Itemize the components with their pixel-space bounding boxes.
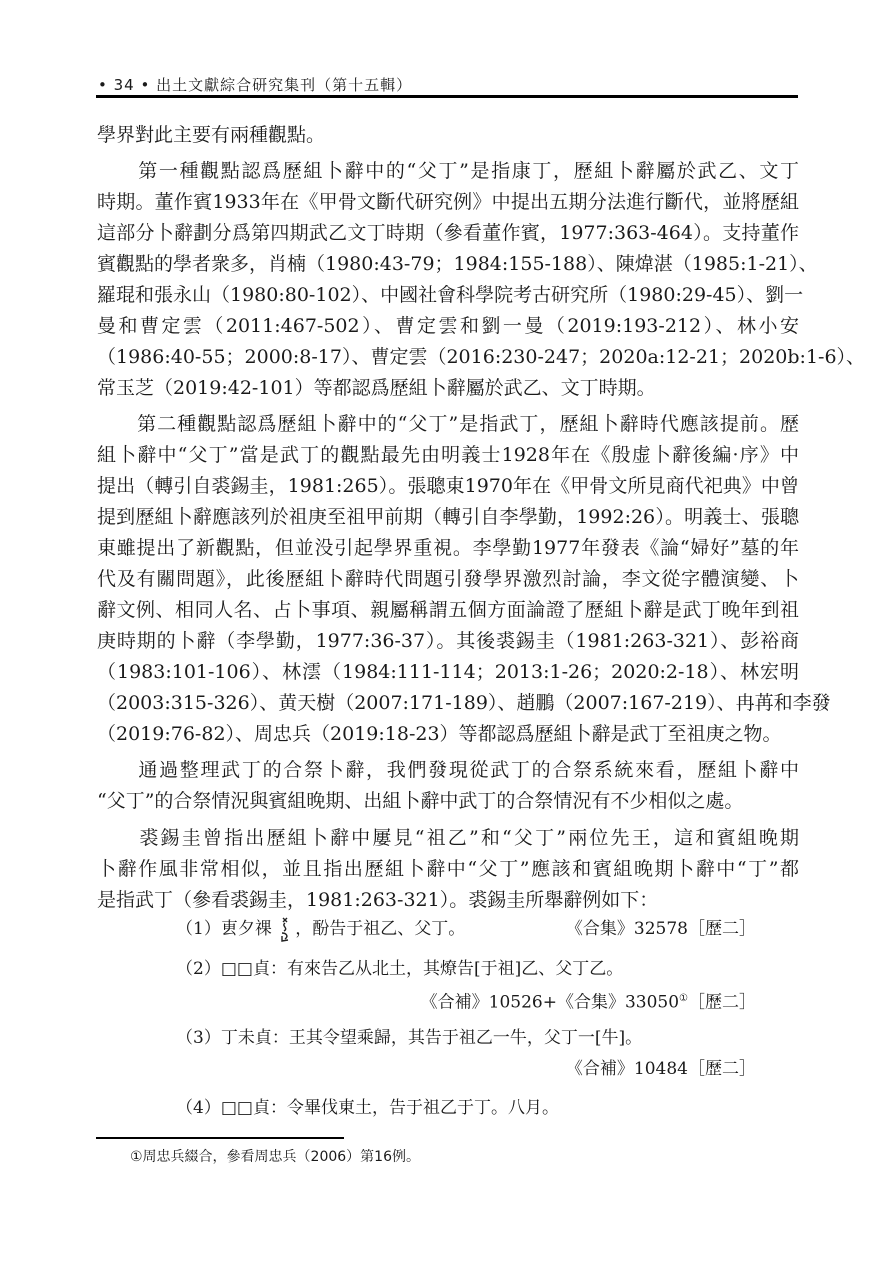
text-line: 學界對此主要有兩種觀點。 [97, 121, 799, 149]
text-line: （1983:101-106）、林澐（1984:111-114；2013:1-26… [97, 658, 799, 686]
text-line: 第一種觀點認爲歷組卜辭中的“父丁”是指康丁，歷組卜辭屬於武乙、文丁 [97, 157, 799, 185]
text-line: 這部分卜辭劃分爲第四期武乙文丁時期（參看董作賓，1977:363-464）。支持… [97, 219, 799, 247]
text-line: 曼和曹定雲（2011:467-502）、曹定雲和劉一曼（2019:193-212… [97, 312, 799, 340]
text-line: 常玉芝（2019:42-101）等都認爲歷組卜辭屬於武乙、文丁時期。 [97, 374, 799, 402]
text-line: 羅琨和張永山（1980:80-102）、中國社會科學院考古研究所（1980:29… [97, 281, 799, 309]
example-3: （3）丁未貞：王其令望乘歸，其告于祖乙一牛，父丁一[牛]。 [176, 1025, 642, 1051]
text-line: 第二種觀點認爲歷組卜辭中的“父丁”是指武丁，歷組卜辭時代應該提前。歷 [97, 410, 799, 438]
example-1-source: 《合集》32578［歷二］ [566, 916, 756, 942]
text-line: （1986:40-55；2000:8-17）、曹定雲（2016:230-247；… [97, 343, 799, 371]
text-line: 辭文例、相同人名、占卜事項、親屬稱謂五個方面論證了歷組卜辭是武丁晚年到祖 [97, 596, 799, 624]
oracle-bone-glyph-icon [277, 917, 295, 943]
text-line: 賓觀點的學者衆多，肖楠（1980:43-79；1984:155-188）、陳煒湛… [97, 250, 799, 278]
text-line: 提出（轉引自裘錫圭，1981:265）。張聰東1970年在《甲骨文所見商代祀典》… [97, 472, 799, 500]
example-4: （4）□□貞：令畢伐東土，告于祖乙于丁。八月。 [176, 1095, 559, 1121]
text-line: 通過整理武丁的合祭卜辭，我們發現從武丁的合祭系統來看，歷組卜辭中 [97, 756, 799, 784]
footnote-marker[interactable]: ① [679, 993, 688, 1004]
text-line: （2019:76-82）、周忠兵（2019:18-23）等都認爲歷組卜辭是武丁至… [97, 720, 799, 748]
text-line: 庚時期的卜辭（李學勤，1977:36-37）。其後裘錫圭（1981:263-32… [97, 627, 799, 655]
footnote: ①周忠兵綴合，參看周忠兵（2006）第16例。 [130, 1147, 420, 1167]
header-rule [96, 95, 798, 98]
text-line: 時期。董作賓1933年在《甲骨文斷代研究例》中提出五期分法進行斷代，並將歷組 [97, 188, 799, 216]
journal-title: 出土文獻綜合研究集刊（第十五輯） [156, 76, 412, 94]
text-line: 代及有關問題》，此後歷組卜辭時代問題引發學界激烈討論，李文從字體演變、卜 [97, 565, 799, 593]
footnote-rule [96, 1137, 344, 1139]
text-line: （2003:315-326）、黄天樹（2007:171-189）、趙鵬（2007… [97, 689, 799, 717]
text-line: 組卜辭中“父丁”當是武丁的觀點最先由明義士1928年在《殷虚卜辭後編·序》中 [97, 441, 799, 469]
example-3-source: 《合補》10484［歷二］ [566, 1056, 756, 1082]
example-1: （1）叀夕祼 ，酚告于祖乙、父丁。 [176, 916, 465, 943]
text-line: 裘錫圭曾指出歷組卜辭中屢見“祖乙”和“父丁”兩位先王，這和賓組晚期 [97, 824, 799, 852]
running-header: • 34 • 出土文獻綜合研究集刊（第十五輯） [98, 74, 798, 96]
text-line: 是指武丁（參看裘錫圭，1981:263-321）。裘錫圭所舉辭例如下： [97, 886, 799, 914]
page-number: • 34 • [98, 76, 150, 94]
example-2-source: 《合補》10526+《合集》33050①［歷二］ [421, 986, 756, 1016]
example-list: （1）叀夕祼 ，酚告于祖乙、父丁。 《合集》32578［歷二］ （2）□□貞：有… [176, 916, 756, 1116]
example-2: （2）□□貞：有來告乙从北土，其燎告[于祖]乙、父丁乙。 [176, 956, 623, 982]
text-line: 東雖提出了新觀點，但並没引起學界重視。李學勤1977年發表《論“婦好”墓的年 [97, 534, 799, 562]
text-line: 提到歷組卜辭應該列於祖庚至祖甲前期（轉引自李學勤，1992:26）。明義士、張聰 [97, 503, 799, 531]
text-line: 卜辭作風非常相似，並且指出歷組卜辭中“父丁”應該和賓組晚期卜辭中“丁”都 [97, 855, 799, 883]
text-line: “父丁”的合祭情況與賓組晚期、出組卜辭中武丁的合祭情況有不少相似之處。 [97, 787, 799, 815]
